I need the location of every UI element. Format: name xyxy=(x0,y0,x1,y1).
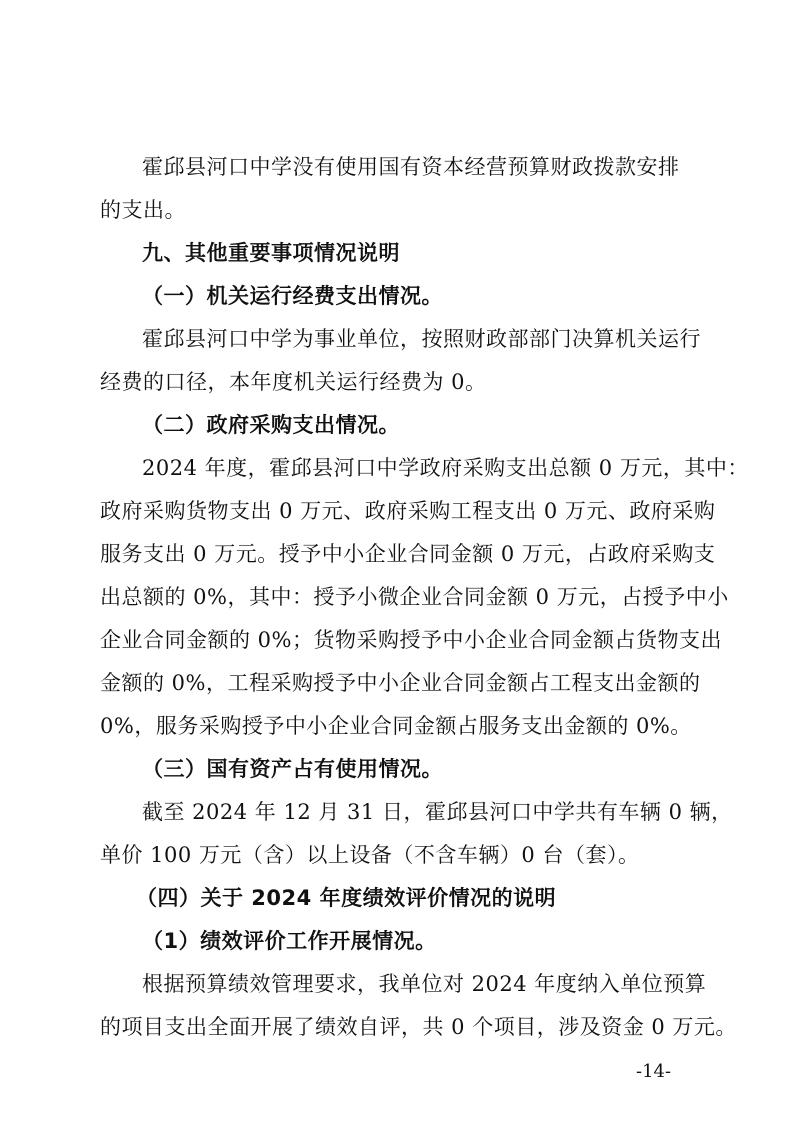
paragraph-line: 经费的口径，本年度机关运行经费为 0。 xyxy=(100,368,487,396)
section-heading: 九、其他重要事项情况说明 xyxy=(142,239,400,267)
page-number: -14- xyxy=(636,1060,671,1084)
paragraph-line: 出总额的 0%，其中：授予小微企业合同金额 0 万元，占授予中小 xyxy=(100,583,729,611)
paragraph-line: 的支出。 xyxy=(100,196,186,224)
paragraph-line: 0%，服务采购授予中小企业合同金额占服务支出金额的 0%。 xyxy=(100,712,692,740)
paragraph-line: 单价 100 万元（含）以上设备（不含车辆）0 台（套）。 xyxy=(100,841,639,869)
subsection-heading: （四）关于 2024 年度绩效评价情况的说明 xyxy=(136,884,556,912)
subsection-heading: （1）绩效评价工作开展情况。 xyxy=(142,927,437,955)
paragraph-line: 金额的 0%，工程采购授予中小企业合同金额占工程支出金额的 xyxy=(100,669,701,697)
paragraph-line: 霍邱县河口中学为事业单位，按照财政部部门决算机关运行 xyxy=(142,325,701,353)
subsection-heading: （三）国有资产占有使用情况。 xyxy=(142,755,443,783)
subsection-heading: （二）政府采购支出情况。 xyxy=(142,411,400,439)
paragraph-line: 政府采购货物支出 0 万元、政府采购工程支出 0 万元、政府采购 xyxy=(100,497,715,525)
paragraph-line: 霍邱县河口中学没有使用国有资本经营预算财政拨款安排 xyxy=(142,153,680,181)
subsection-heading: （一）机关运行经费支出情况。 xyxy=(142,282,443,310)
paragraph-line: 2024 年度，霍邱县河口中学政府采购支出总额 0 万元，其中： xyxy=(142,454,749,482)
paragraph-line: 根据预算绩效管理要求，我单位对 2024 年度纳入单位预算 xyxy=(142,970,706,998)
paragraph-line: 企业合同金额的 0%；货物采购授予中小企业合同金额占货物支出 xyxy=(100,626,722,654)
document-page: 霍邱县河口中学没有使用国有资本经营预算财政拨款安排 的支出。 九、其他重要事项情… xyxy=(0,0,793,1122)
paragraph-line: 的项目支出全面开展了绩效自评，共 0 个项目，涉及资金 0 万元。 xyxy=(100,1013,737,1041)
paragraph-line: 服务支出 0 万元。授予中小企业合同金额 0 万元，占政府采购支 xyxy=(100,540,715,568)
paragraph-line: 截至 2024 年 12 月 31 日，霍邱县河口中学共有车辆 0 辆， xyxy=(142,798,733,826)
